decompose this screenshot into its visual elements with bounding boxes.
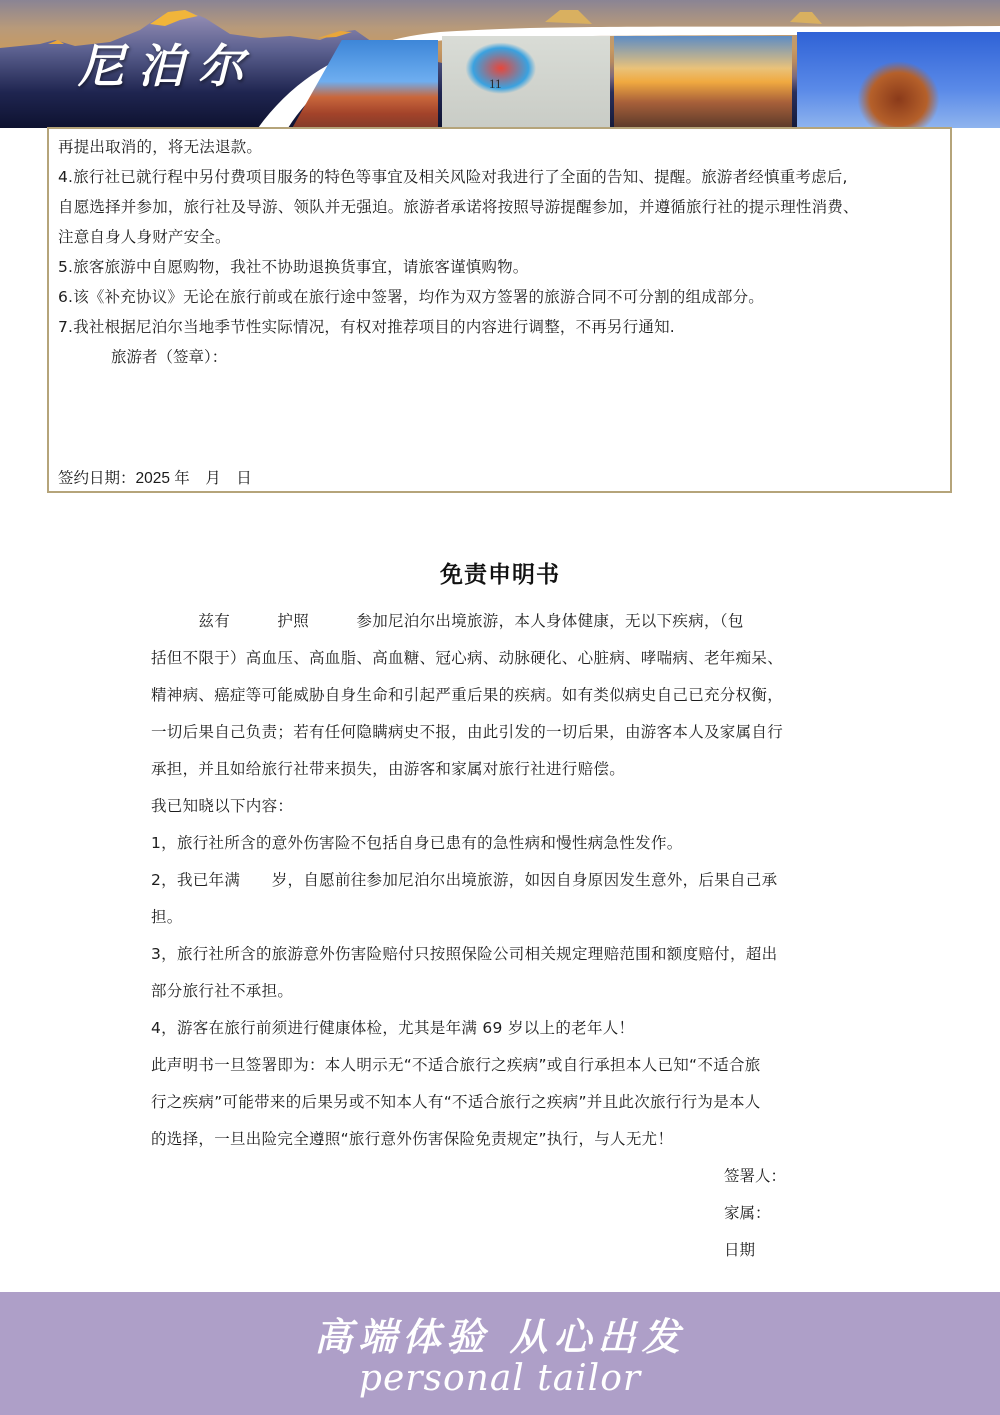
photo-swayambhu-stupa [797, 32, 1000, 128]
disclaimer-line: 此声明书一旦签署即为：本人明示无“不适合旅行之疾病”或自行承担本人已知“不适合旅 [151, 1047, 761, 1084]
clause-line: 再提出取消的，将无法退款。 [58, 132, 262, 162]
disclaimer-line: 一切后果自己负责；若有任何隐瞒病史不报，由此引发的一切后果，由游客本人及家属自行 [151, 714, 783, 751]
footer-banner: 高端体验 从心出发 personal tailor [0, 1292, 1000, 1415]
footer-slogan-chinese: 高端体验 从心出发 [0, 1306, 1000, 1361]
clause-line: 7.我社根据尼泊尔当地季节性实际情况，有权对推荐项目的内容进行调整，不再另行通知… [58, 312, 675, 342]
photo-boudhanath-stupa [614, 36, 792, 128]
disclaimer-line: 部分旅行社不承担。 [151, 973, 293, 1010]
footer-slogan-english: personal tailor [0, 1358, 1000, 1399]
disclaimer-line: 担。 [151, 899, 183, 936]
signer-label: 签署人： [724, 1158, 786, 1195]
disclaimer-line: 括但不限于）高血压、高血脂、高血糖、冠心病、动脉硬化、心脏病、哮喘病、老年痴呆、 [151, 640, 783, 677]
clause-line: 4.旅行社已就行程中另付费项目服务的特色等事宜及相关风险对我进行了全面的告知、提… [58, 162, 848, 192]
disclaimer-line: 承担，并且如给旅行社带来损失，由游客和家属对旅行社进行赔偿。 [151, 751, 625, 788]
disclaimer-line: 精神病、癌症等可能威胁自身生命和引起严重后果的疾病。如有类似病史自己已充分权衡， [151, 677, 783, 714]
disclaimer-line: 我已知晓以下内容： [151, 788, 293, 825]
disclaimer-line: 2，我已年满 岁，自愿前往参加尼泊尔出境旅游，如因自身原因发生意外，后果自己承 [151, 862, 777, 899]
disclaimer-line: 的选择，一旦出险完全遵照“旅行意外伤害保险免责规定”执行，与人无尤！ [151, 1121, 673, 1158]
photo-boats-lake [442, 36, 610, 128]
traveler-signature-label: 旅游者（签章）： [111, 342, 227, 372]
page-number: 11 [489, 76, 502, 92]
clause-line: 6.该《补充协议》无论在旅行前或在旅行途中签署，均作为双方签署的旅游合同不可分割… [58, 282, 764, 312]
header-banner: 尼泊尔 11 [0, 0, 1000, 128]
date-label: 日期 [724, 1232, 755, 1269]
supplementary-agreement-box: 再提出取消的，将无法退款。 4.旅行社已就行程中另付费项目服务的特色等事宜及相关… [47, 127, 952, 493]
disclaimer-title: 免责申明书 [0, 556, 1000, 589]
clause-line: 注意自身人身财产安全。 [58, 222, 231, 252]
clause-line: 自愿选择并参加，旅行社及导游、领队并无强迫。旅游者承诺将按照导游提醒参加，并遵循… [58, 192, 859, 222]
signing-date-label: 签约日期：2025 年 月 日 [58, 464, 252, 494]
disclaimer-line: 行之疾病”可能带来的后果另或不知本人有“不适合旅行之疾病”并且此次旅行行为是本人 [151, 1084, 761, 1121]
clause-line: 5.旅客旅游中自愿购物，我社不协助退换货事宜，请旅客谨慎购物。 [58, 252, 529, 282]
disclaimer-line: 3，旅行社所含的旅游意外伤害险赔付只按照保险公司相关规定理赔范围和额度赔付，超出 [151, 936, 777, 973]
disclaimer-line: 1，旅行社所含的意外伤害险不包括自身已患有的急性病和慢性病急性发作。 [151, 825, 683, 862]
disclaimer-line: 兹有 护照 参加尼泊尔出境旅游，本人身体健康，无以下疾病，（包 [151, 603, 744, 640]
family-label: 家属： [724, 1195, 771, 1232]
disclaimer-line: 4，游客在旅行前须进行健康体检，尤其是年满 69 岁以上的老年人！ [151, 1010, 634, 1047]
